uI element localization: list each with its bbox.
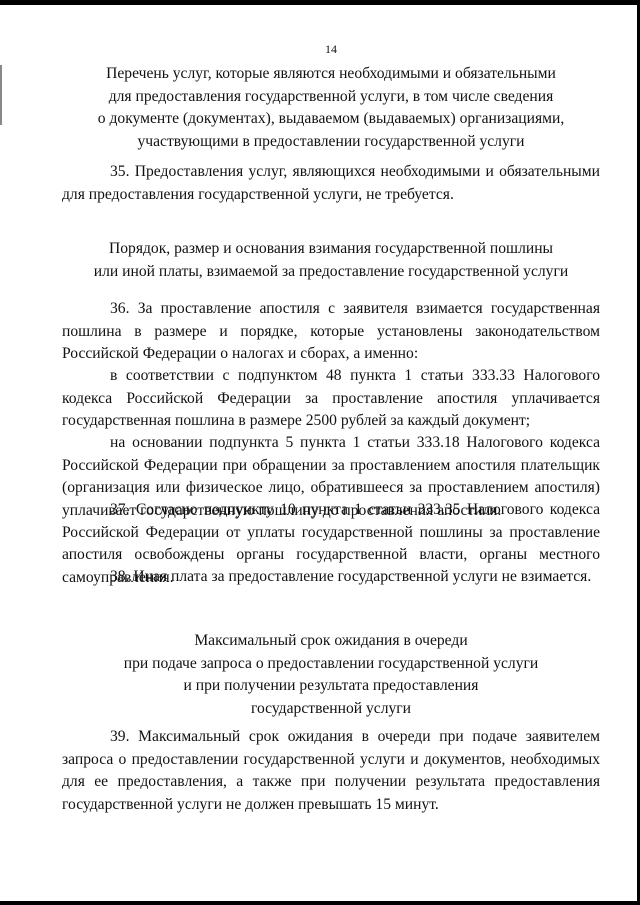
heading-line: при подаче запроса о предоставлении госу…	[62, 653, 600, 676]
heading-line: о документе (документах), выдаваемом (вы…	[62, 108, 600, 131]
heading-line: государственной услуги	[62, 698, 600, 721]
heading-line: Порядок, размер и основания взимания гос…	[62, 238, 600, 261]
paragraph-38: 38. Иная плата за предоставление государ…	[62, 566, 600, 589]
paragraph-35: 35. Предоставления услуг, являющихся нео…	[62, 161, 600, 206]
heading-line: Максимальный срок ожидания в очереди	[62, 630, 600, 653]
heading-line: и при получении результата предоставлени…	[62, 675, 600, 698]
heading-line: для предоставления государственной услуг…	[62, 86, 600, 109]
paragraph-39: 39. Максимальный срок ожидания в очереди…	[62, 726, 600, 816]
paragraph-36: 36. За проставление апостиля с заявителя…	[62, 298, 600, 366]
heading-line: Перечень услуг, которые являются необход…	[62, 63, 600, 86]
heading-line: участвующими в предоставлении государств…	[62, 131, 600, 154]
page-number: 14	[62, 38, 600, 61]
scan-border-left	[0, 65, 2, 125]
section-heading-services: Перечень услуг, которые являются необход…	[62, 63, 600, 153]
scan-border-bottom	[0, 901, 640, 905]
section-heading-fee: Порядок, размер и основания взимания гос…	[62, 238, 600, 283]
heading-line: или иной платы, взимаемой за предоставле…	[62, 261, 600, 284]
paragraph-36-a: в соответствии с подпунктом 48 пункта 1 …	[62, 365, 600, 433]
scan-border-top	[0, 0, 640, 5]
section-heading-queue: Максимальный срок ожидания в очереди при…	[62, 630, 600, 720]
